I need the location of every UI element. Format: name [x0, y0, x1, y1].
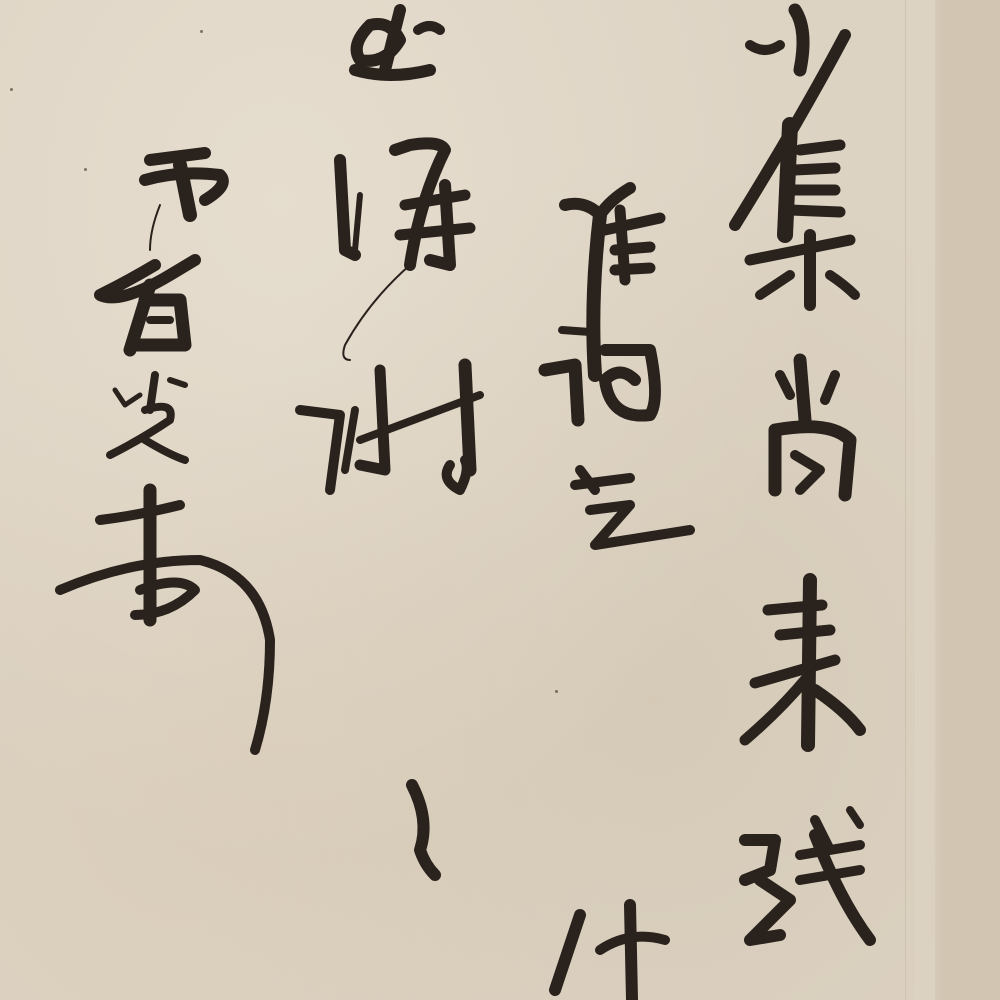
char-shu: [300, 365, 480, 490]
char-jue: [110, 375, 185, 460]
char-sheng: [100, 260, 195, 350]
char-zhi-2: [412, 785, 435, 875]
calligraphy-artwork: 少集當來踐 住詞乞枝 也須樹之 而省覺在: [0, 0, 1000, 1000]
char-er: [145, 153, 223, 250]
char-jian: [745, 810, 870, 940]
char-ji: [750, 125, 855, 305]
char-zhi: [555, 905, 665, 1000]
char-zai: [60, 490, 270, 750]
char-dang: [775, 360, 850, 495]
char-ye: [355, 10, 440, 75]
char-qi: [575, 470, 690, 545]
ink-strokes: [0, 0, 1000, 1000]
char-xu: [340, 143, 470, 360]
char-lai: [745, 580, 860, 745]
